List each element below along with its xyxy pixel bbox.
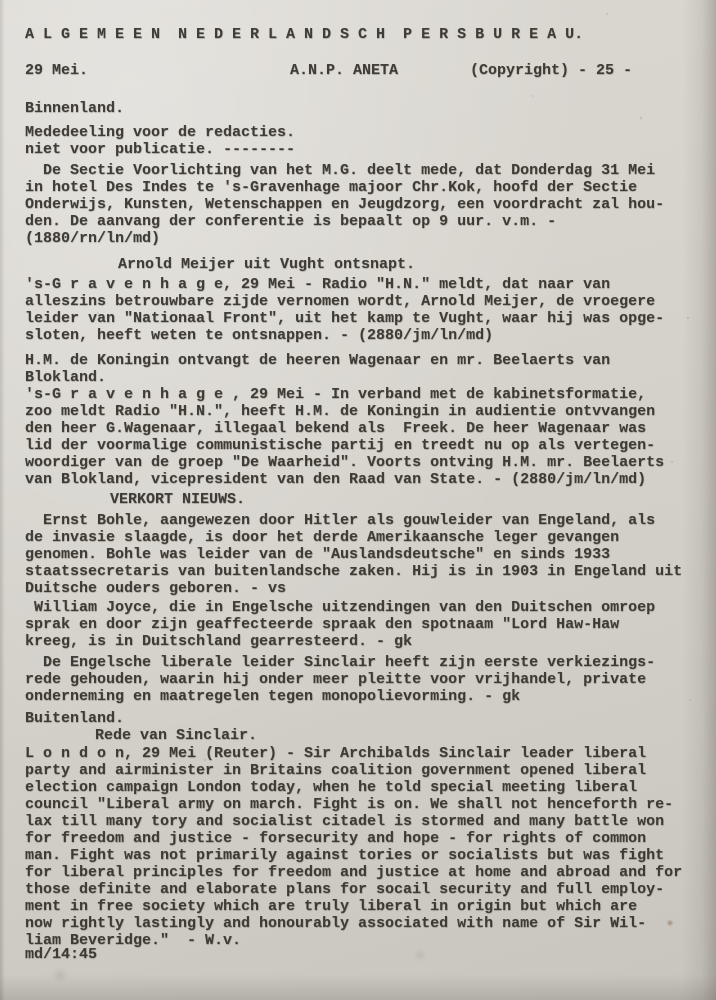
- section-heading-verkort-nieuws: VERKORT NIEUWS.: [110, 491, 245, 508]
- news-item-bohle: Ernst Bohle, aangewezen door Hitler als …: [25, 512, 682, 597]
- article-heading-arnold-meijer: Arnold Meijer uit Vught ontsnapt.: [118, 256, 415, 273]
- copyright-issue-number: (Copyright) - 25 -: [470, 62, 632, 79]
- paragraph-mg-announcement: De Sectie Voorlichting van het M.G. deel…: [25, 162, 664, 247]
- footer-time-code: md/14:45: [25, 946, 97, 963]
- dateline: 29 Mei.: [25, 62, 88, 79]
- paragraph-london-sinclair-speech: L o n d o n, 29 Mei (Reuter) - Sir Archi…: [25, 745, 682, 949]
- news-item-sinclair: De Engelsche liberale leider Sinclair he…: [25, 654, 655, 705]
- section-heading-buitenland: Buitenland.: [25, 710, 124, 727]
- article-heading-rede-van-sinclair: Rede van Sinclair.: [95, 727, 257, 744]
- paragraph-koningin: 's-G r a v e n h a g e , 29 Mei - In ver…: [25, 386, 664, 488]
- editor-notice: Mededeeling voor de redacties. niet voor…: [25, 124, 295, 158]
- article-heading-koningin: H.M. de Koningin ontvangt de heeren Wage…: [25, 352, 610, 386]
- agency-name: A.N.P. ANETA: [290, 62, 398, 79]
- news-item-joyce: William Joyce, die in Engelsche uitzendi…: [25, 599, 655, 650]
- scanned-document-page: A L G E M E E N N E D E R L A N D S C H …: [0, 0, 716, 1000]
- section-heading-binnenland: Binnenland.: [25, 100, 124, 117]
- masthead-title: A L G E M E E N N E D E R L A N D S C H …: [25, 26, 583, 43]
- paragraph-arnold-meijer: 's-G r a v e n h a g e, 29 Mei - Radio "…: [25, 276, 664, 344]
